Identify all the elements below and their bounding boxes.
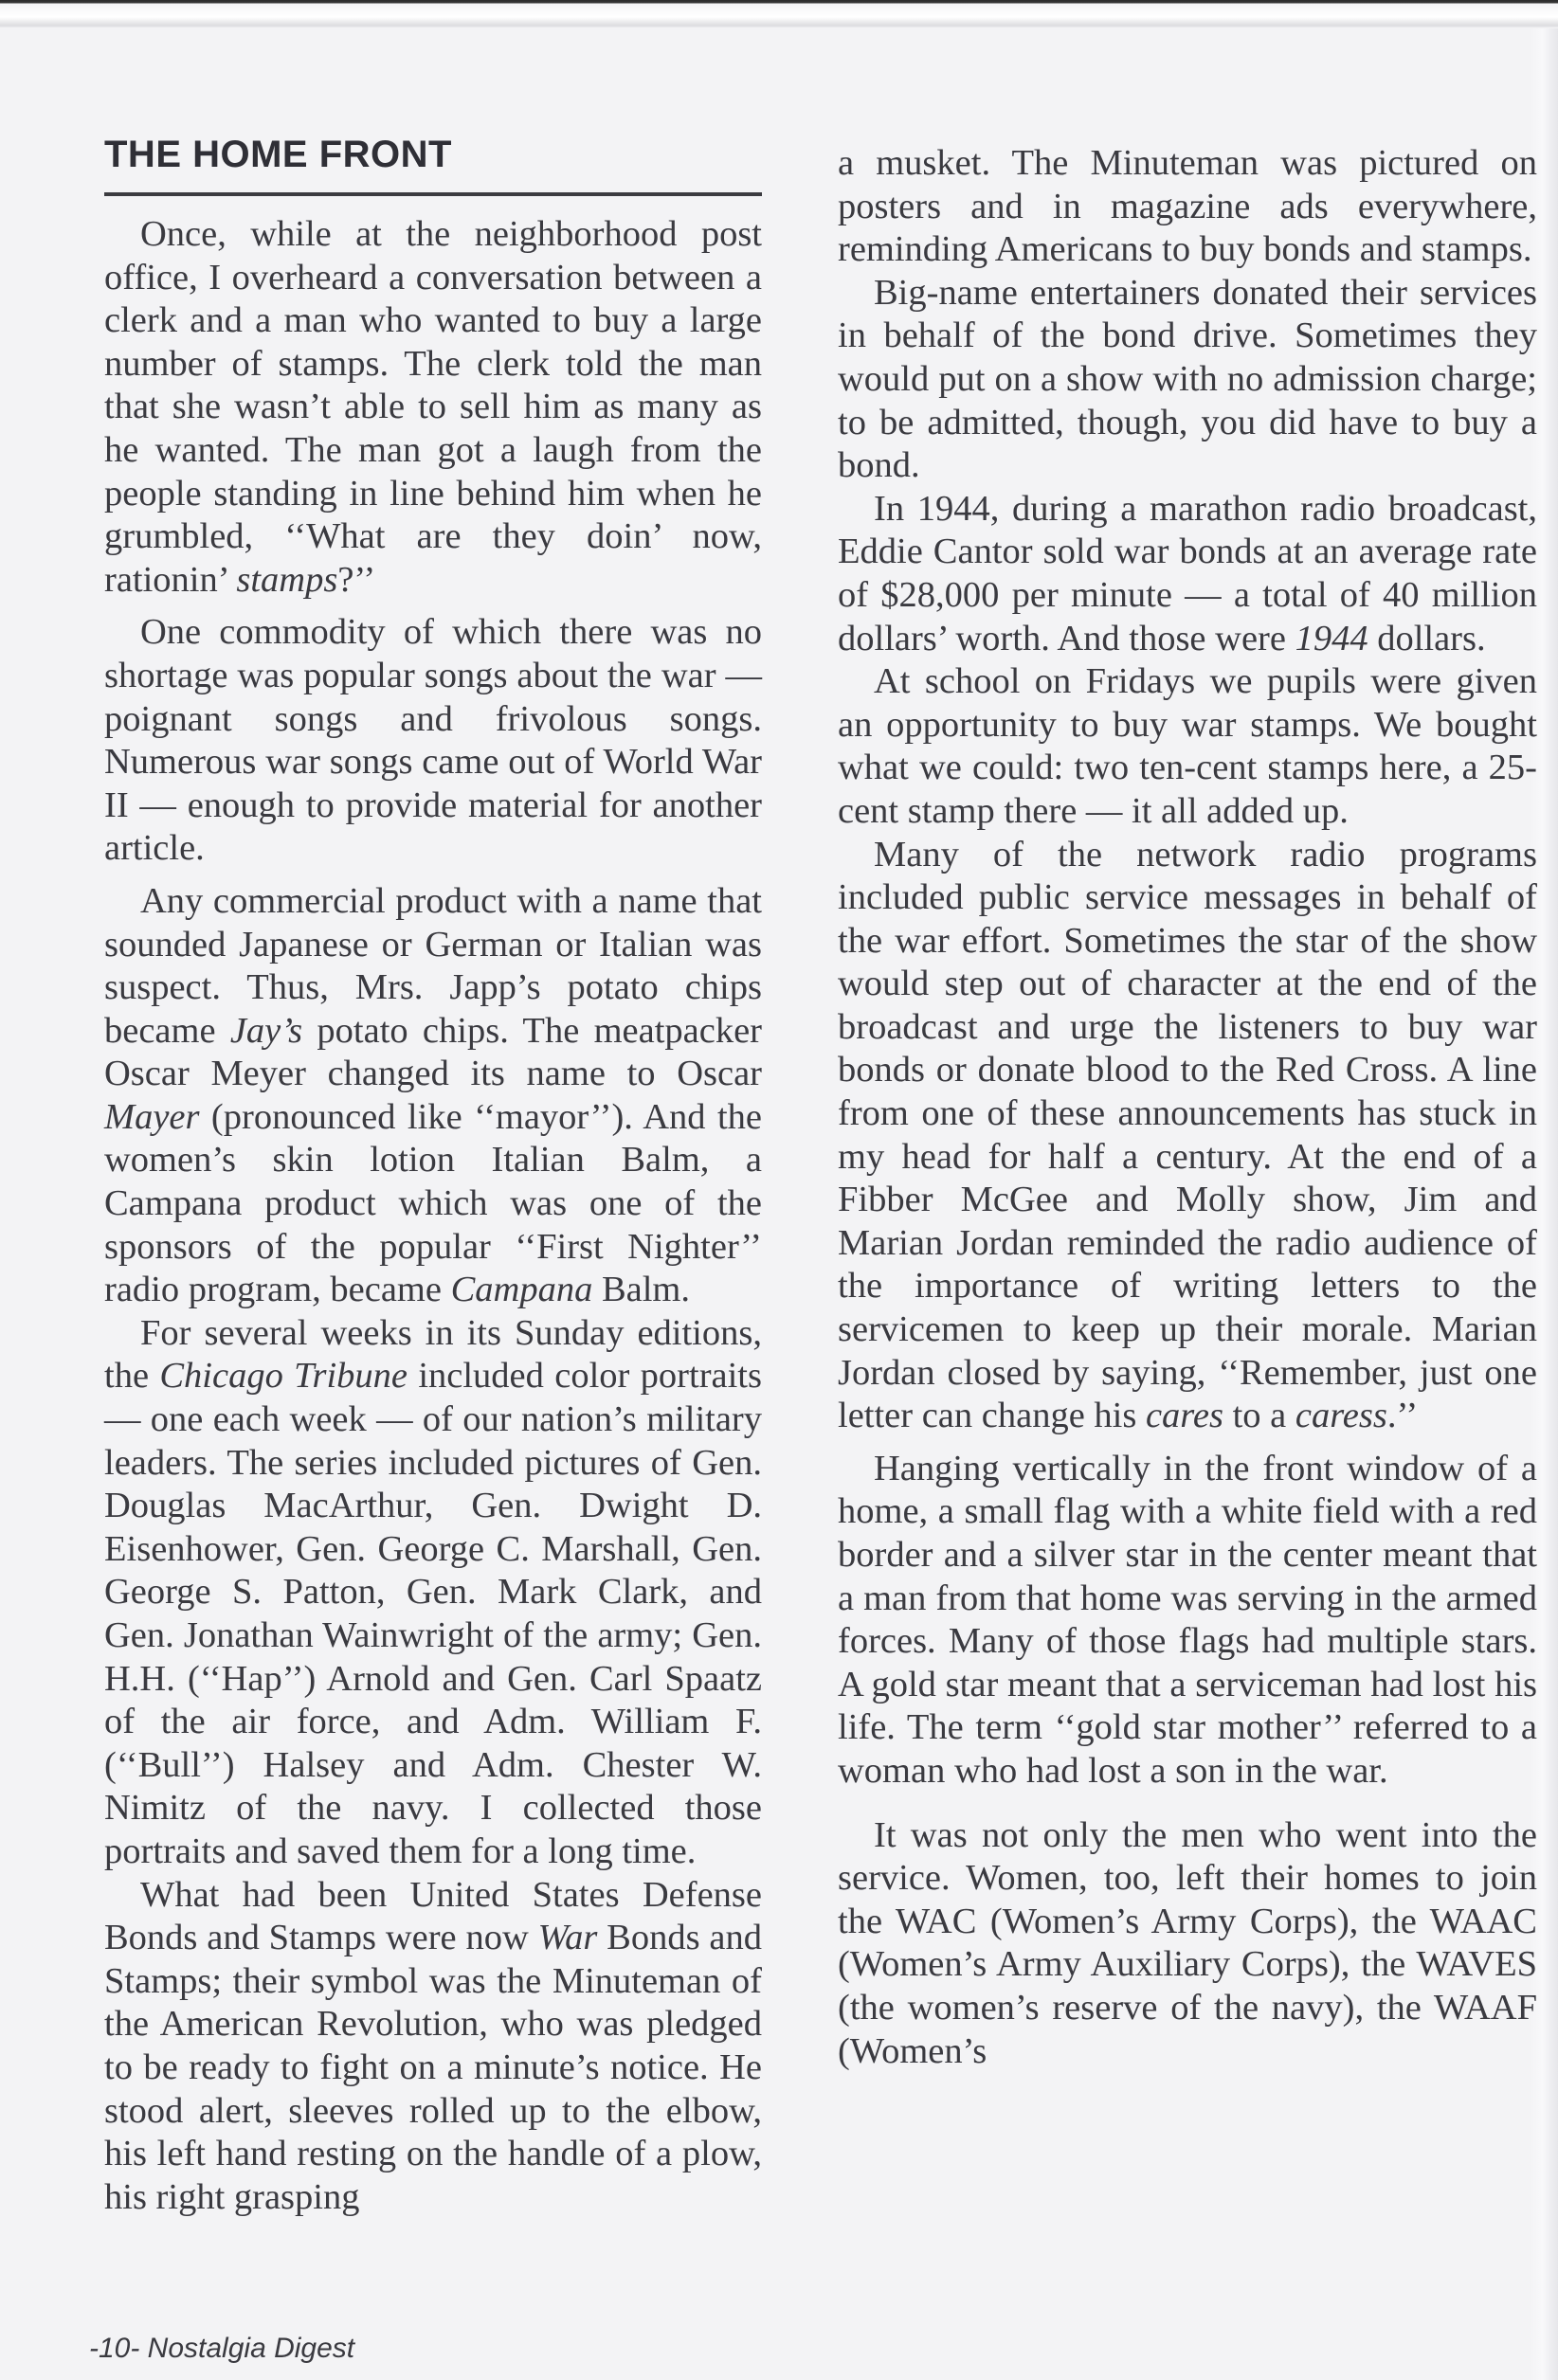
paragraph-women-service: It was not only the men who went into th… — [838, 1814, 1537, 2074]
paragraph-entertainers: Big-name entertainers donated their serv… — [838, 272, 1537, 488]
paragraph-war-bonds: What had been United States Defense Bond… — [104, 1874, 762, 2220]
paragraph-product-names: Any commercial product with a name that … — [104, 880, 762, 1312]
paragraph-radio-programs: Many of the network radio programs inclu… — [838, 834, 1537, 1438]
paragraph-war-songs: One commodity of which there was no shor… — [104, 611, 762, 871]
title-divider — [104, 192, 762, 196]
left-column: THE HOME FRONT Once, while at the neighb… — [104, 133, 804, 2219]
paragraph-service-flag: Hanging vertically in the front window o… — [838, 1448, 1537, 1794]
page-footer: -10- Nostalgia Digest — [89, 2333, 354, 2365]
right-column: a musket. The Minuteman was pictured on … — [838, 142, 1537, 2073]
article-title: THE HOME FRONT — [104, 133, 804, 176]
paragraph-military-portraits: For several weeks in its Sunday editions… — [104, 1312, 762, 1874]
paragraph-school-stamps: At school on Fridays we pupils were give… — [838, 660, 1537, 833]
paragraph-post-office: Once, while at the neighborhood post off… — [104, 213, 762, 602]
page-top-edge — [0, 0, 1558, 28]
paragraph-minuteman: a musket. The Minuteman was pictured on … — [838, 142, 1537, 272]
paragraph-eddie-cantor: In 1944, during a marathon radio broadca… — [838, 488, 1537, 660]
